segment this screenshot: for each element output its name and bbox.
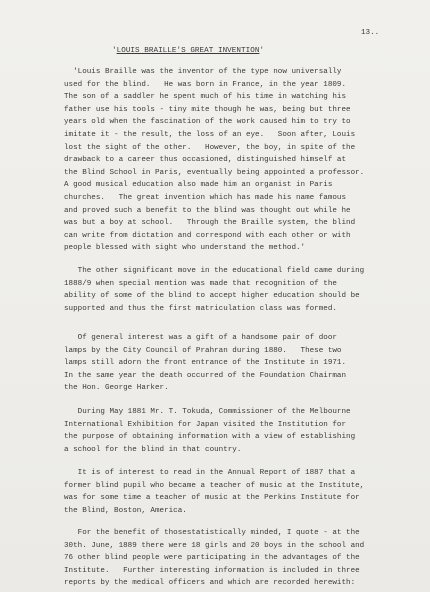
- text-line: Institute. Further interesting informati…: [64, 565, 424, 578]
- text-line: former blind pupil who became a teacher …: [64, 480, 424, 493]
- text-line: the Blind School in Paris, eventually be…: [64, 167, 424, 180]
- text-line: During May 1881 Mr. T. Tokuda, Commissio…: [64, 406, 424, 419]
- paragraph-matriculation: The other significant move in the educat…: [64, 265, 424, 315]
- text-line: was but a boy at school. Through the Bra…: [64, 217, 424, 230]
- text-line: lamps still adorn the front entrance of …: [64, 357, 424, 370]
- text-line: A good musical education also made him a…: [64, 179, 424, 192]
- text-line: was for some time a teacher of music at …: [64, 492, 424, 505]
- text-line: father use his tools - tiny mite though …: [64, 104, 424, 117]
- text-line: lamps by the City Council of Prahran dur…: [64, 345, 424, 358]
- text-line: Of general interest was a gift of a hand…: [64, 332, 424, 345]
- paragraph-braille-quote: 'Louis Braille was the inventor of the t…: [64, 66, 424, 255]
- text-line: International Exhibition for Japan visit…: [64, 419, 424, 432]
- text-line: 'Louis Braille was the inventor of the t…: [64, 66, 424, 79]
- text-line: ability of some of the blind to accept h…: [64, 290, 424, 303]
- text-line: and proved such a benefit to the blind w…: [64, 205, 424, 218]
- text-line: 30th. June, 1889 there were 18 girls and…: [64, 540, 424, 553]
- text-line: For the benefit of thosestatistically mi…: [64, 527, 424, 540]
- text-line: 1888/9 when special mention was made tha…: [64, 278, 424, 291]
- paragraph-door-lamps: Of general interest was a gift of a hand…: [64, 332, 424, 395]
- typewritten-page: 13.. 'LOUIS BRAILLE'S GREAT INVENTION' '…: [0, 0, 430, 592]
- title-close-quote: ': [259, 47, 264, 55]
- paragraph-statistics: For the benefit of thosestatistically mi…: [64, 527, 424, 590]
- text-line: years old when the fascination of the wo…: [64, 116, 424, 129]
- text-line: can write from dictation and correspond …: [64, 230, 424, 243]
- text-line: The son of a saddler he spent much of hi…: [64, 91, 424, 104]
- text-line: imitate it - the result, the loss of an …: [64, 129, 424, 142]
- text-line: a school for the blind in that country.: [64, 444, 424, 457]
- paragraph-tokuda: During May 1881 Mr. T. Tokuda, Commissio…: [64, 406, 424, 456]
- text-line: reports by the medical officers and whic…: [64, 577, 424, 590]
- text-line: 76 other blind people were participating…: [64, 552, 424, 565]
- text-line: The other significant move in the educat…: [64, 265, 424, 278]
- text-line: lost the sight of the other. However, th…: [64, 142, 424, 155]
- text-line: supported and thus the first matriculati…: [64, 303, 424, 316]
- text-line: churches. The great invention which has …: [64, 192, 424, 205]
- page-number: 13..: [361, 29, 379, 37]
- text-line: the Hon. George Harker.: [64, 382, 424, 395]
- text-line: It is of interest to read in the Annual …: [64, 467, 424, 480]
- page-title: 'LOUIS BRAILLE'S GREAT INVENTION': [0, 47, 430, 55]
- text-line: drawback to a career thus occasioned, di…: [64, 154, 424, 167]
- text-line: people blessed with sight who understand…: [64, 242, 424, 255]
- text-line: the Blind, Boston, America.: [64, 505, 424, 518]
- text-line: In the same year the death occurred of t…: [64, 370, 424, 383]
- text-line: the purpose of obtaining information wit…: [64, 431, 424, 444]
- paragraph-perkins: It is of interest to read in the Annual …: [64, 467, 424, 517]
- text-line: used for the blind. He was born in Franc…: [64, 79, 424, 92]
- title-text: LOUIS BRAILLE'S GREAT INVENTION: [117, 47, 260, 55]
